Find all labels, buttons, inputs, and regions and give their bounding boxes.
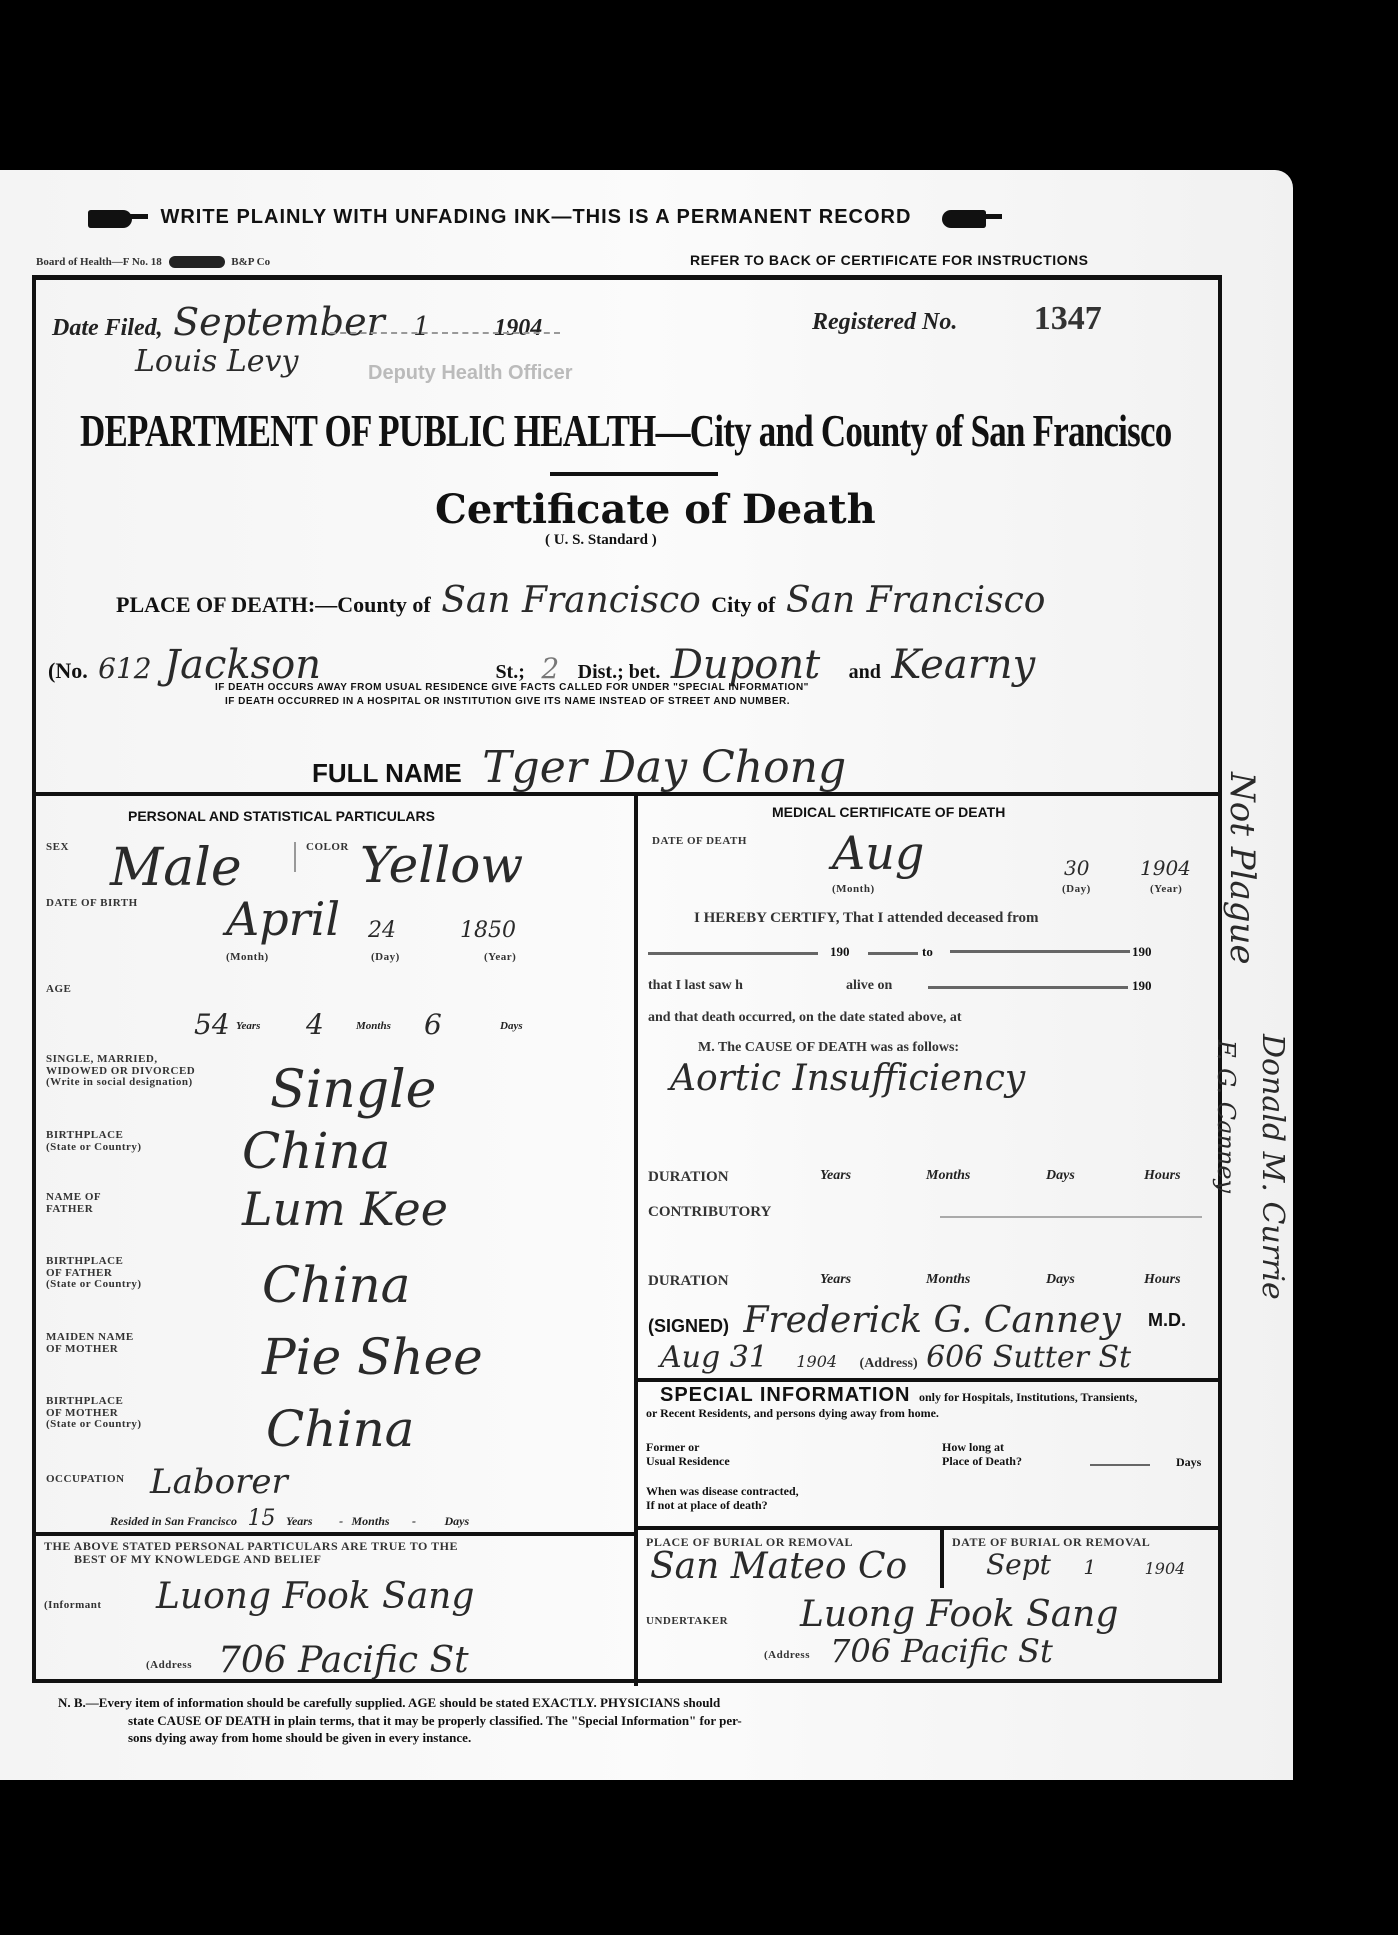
personal-bottom-divider [36, 1532, 634, 1536]
pointing-hand-icon [942, 210, 986, 228]
duration-hours: Hours [1144, 1168, 1181, 1184]
street-number: 612 [98, 652, 151, 685]
mother-label-line-1: MAIDEN NAME [46, 1331, 134, 1343]
age-months: 4 [306, 1008, 324, 1041]
between-street-2: Kearny [891, 642, 1035, 688]
mother-birthplace-value: China [266, 1400, 414, 1458]
registered-label: Registered No. [812, 309, 957, 335]
cause-text: M. The CAUSE OF DEATH was as follows: [698, 1040, 959, 1056]
duration-years-2: Years [820, 1272, 851, 1288]
registered-number: Registered No. 1347 [812, 300, 1102, 338]
color-value: Yellow [360, 836, 523, 894]
attestation: THE ABOVE STATED PERSONAL PARTICULARS AR… [44, 1540, 458, 1565]
dob-month: April [226, 892, 340, 946]
signature-date-row: Aug 31 1904 (Address) 606 Sutter St [660, 1340, 1131, 1375]
father-bp-line-1: BIRTHPLACE [46, 1255, 123, 1267]
dod-month: Aug [832, 826, 924, 880]
md-label: M.D. [1148, 1310, 1186, 1331]
father-bp-line-2: OF FATHER [46, 1267, 112, 1279]
number-label: (No. [48, 658, 88, 683]
burial-date: Sept 1 1904 [986, 1548, 1185, 1581]
resided-years: 15 [247, 1506, 275, 1531]
officer-title-stamp: Deputy Health Officer [368, 362, 572, 385]
attestation-line-2: BEST OF MY KNOWLEDGE AND BELIEF [74, 1552, 321, 1566]
duration-hours-2: Hours [1144, 1272, 1181, 1288]
printer-name: B&P Co [231, 256, 270, 268]
duration-days: Days [1046, 1168, 1075, 1184]
undertaker-value: Luong Fook Sang [800, 1594, 1118, 1635]
instructions-note: REFER TO BACK OF CERTIFICATE FOR INSTRUC… [690, 252, 1088, 268]
attestation-line-1: THE ABOVE STATED PERSONAL PARTICULARS AR… [44, 1539, 458, 1553]
and-label: and [849, 661, 881, 683]
former-label-line-2: Usual Residence [646, 1454, 730, 1468]
margin-note-officer: Donald M. Currie [1255, 1034, 1290, 1300]
duration-years: Years [820, 1168, 851, 1184]
mother-bp-line-2: OF MOTHER [46, 1407, 118, 1419]
former-residence-label: Former or Usual Residence [646, 1440, 730, 1469]
district-label: Dist.; bet. [578, 661, 661, 683]
alive-on-text: alive on [846, 978, 892, 994]
duration-months-2: Months [926, 1272, 970, 1288]
mother-bp-line-1: BIRTHPLACE [46, 1395, 123, 1407]
mother-name-label: MAIDEN NAME OF MOTHER [46, 1332, 134, 1355]
father-birthplace-value: China [262, 1256, 410, 1314]
from-190: 190 [830, 944, 850, 960]
footer-note-line-2: state CAUSE OF DEATH in plain terms, tha… [128, 1713, 742, 1728]
dod-year: 1904 [1140, 856, 1191, 880]
days-caption: Days [500, 1020, 523, 1032]
burial-date-month: Sept [986, 1548, 1051, 1581]
resided-days: - [412, 1514, 416, 1528]
informant-address-label: (Address [146, 1660, 192, 1672]
occupation-value: Laborer [150, 1462, 288, 1502]
burial-place-value: San Mateo Co [650, 1546, 907, 1587]
contracted-label: When was disease contracted, If not at p… [646, 1484, 799, 1513]
contracted-line-2: If not at place of death? [646, 1498, 768, 1512]
column-divider [634, 796, 638, 1686]
dob-day: 24 [368, 918, 396, 943]
margin-note-physician: F. G. Canney [1212, 1040, 1240, 1193]
contributory-line [940, 1216, 1202, 1218]
signed-date: Aug 31 [660, 1340, 768, 1375]
full-name-row: FULL NAME Tger Day Chong [312, 742, 846, 793]
date-filed-line [330, 332, 560, 334]
month-caption: (Month) [226, 952, 269, 964]
mother-label-line-2: OF MOTHER [46, 1343, 118, 1355]
special-bottom-divider [638, 1526, 1218, 1530]
street-label: St.; [495, 661, 524, 683]
mother-bp-line-3: (State or Country) [46, 1418, 142, 1430]
father-name-value: Lum Kee [242, 1182, 448, 1236]
father-bp-line-3: (State or Country) [46, 1278, 142, 1290]
personal-section-title: PERSONAL AND STATISTICAL PARTICULARS [128, 808, 435, 824]
how-long-line-1: How long at [942, 1440, 1004, 1454]
form-id: Board of Health—F No. 18 B&P Co [36, 256, 270, 268]
how-long-line [1090, 1464, 1150, 1466]
undertaker-address-label: (Address [764, 1650, 810, 1662]
age-years: 54 [194, 1008, 230, 1041]
duration-months: Months [926, 1168, 970, 1184]
duration-row-1: DURATION Years Months Days Hours [648, 1168, 1204, 1186]
marital-label-line-3: (Write in social designation) [46, 1076, 193, 1088]
mother-name-value: Pie Shee [262, 1328, 483, 1386]
date-filed-year: 1904 [494, 315, 542, 341]
date-filed-day: 1 [413, 312, 430, 342]
margin-note-not-plague: Not Plague [1222, 772, 1262, 965]
physician-signature: Frederick G. Canney [743, 1300, 1120, 1341]
how-long-line-2: Place of Death? [942, 1454, 1022, 1468]
date-filed-month: September [173, 300, 385, 344]
special-info-subtitle-1: only for Hospitals, Institutions, Transi… [919, 1390, 1137, 1404]
footer-note: N. B.—Every item of information should b… [58, 1694, 742, 1747]
marital-label-line-1: SINGLE, MARRIED, [46, 1053, 158, 1065]
occurred-text: and that death occurred, on the date sta… [648, 1010, 962, 1026]
title-divider [550, 472, 718, 476]
mother-birthplace-label: BIRTHPLACE OF MOTHER (State or Country) [46, 1396, 142, 1431]
father-label-line-2: FATHER [46, 1203, 93, 1215]
dod-day: 30 [1064, 856, 1089, 880]
alive-date-line [928, 986, 1128, 989]
place-note-2: IF DEATH OCCURRED IN A HOSPITAL OR INSTI… [225, 696, 790, 707]
marital-value: Single [270, 1060, 436, 1120]
special-info-heading: SPECIAL INFORMATION only for Hospitals, … [660, 1384, 1137, 1407]
place-note-1: IF DEATH OCCURS AWAY FROM USUAL RESIDENC… [215, 682, 809, 693]
marital-label: SINGLE, MARRIED, WIDOWED OR DIVORCED (Wr… [46, 1054, 195, 1089]
district-value: 2 [541, 652, 559, 685]
place-of-death: PLACE OF DEATH:—County of San Francisco … [116, 580, 1045, 621]
cause-value: Aortic Insufficiency [670, 1058, 1025, 1099]
informant-name: Luong Fook Sang [156, 1576, 474, 1617]
last-saw-text: that I last saw h [648, 978, 743, 994]
day-caption: (Day) [371, 952, 400, 964]
birthplace-label-line-1: BIRTHPLACE [46, 1129, 123, 1141]
department-title: DEPARTMENT OF PUBLIC HEALTH—City and Cou… [80, 404, 1171, 457]
section-divider [36, 792, 1218, 796]
duration-label: DURATION [648, 1169, 729, 1185]
sex-label: SEX [46, 842, 69, 854]
years-caption: Years [236, 1020, 260, 1032]
months-caption: Months [356, 1020, 391, 1032]
age-label: AGE [46, 984, 71, 996]
full-name-value: Tger Day Chong [482, 742, 846, 793]
medical-section-title: MEDICAL CERTIFICATE OF DEATH [772, 804, 1005, 820]
dob-year: 1850 [460, 918, 516, 943]
days-label: Days [1176, 1455, 1201, 1470]
former-label-line-1: Former or [646, 1440, 699, 1454]
special-info-subtitle-2: or Recent Residents, and persons dying a… [646, 1406, 939, 1421]
footer-note-line-3: sons dying away from home should be give… [128, 1730, 471, 1745]
date-filed: Date Filed, September 1 1904 [52, 300, 542, 344]
sex-color-divider [294, 842, 296, 872]
union-label-icon [169, 256, 225, 268]
dod-year-caption: (Year) [1150, 884, 1182, 896]
form-number: Board of Health—F No. 18 [36, 256, 162, 268]
father-name-label: NAME OF FATHER [46, 1192, 101, 1215]
father-birthplace-label: BIRTHPLACE OF FATHER (State or Country) [46, 1256, 142, 1291]
special-info-title: SPECIAL INFORMATION [660, 1384, 910, 1406]
standard-caption: ( U. S. Standard ) [545, 532, 657, 549]
resided-days-caption: Days [444, 1514, 469, 1528]
signature-row: (SIGNED) Frederick G. Canney M.D. [648, 1300, 1121, 1341]
father-label-line-1: NAME OF [46, 1191, 101, 1203]
city-label: City of [711, 592, 775, 617]
sex-value: Male [110, 838, 242, 898]
resided-label: Resided in San Francisco [110, 1514, 237, 1528]
burial-divider [940, 1530, 944, 1588]
marital-label-line-2: WIDOWED OR DIVORCED [46, 1065, 195, 1077]
birthplace-label-line-2: (State or Country) [46, 1141, 142, 1153]
banner-text: WRITE PLAINLY WITH UNFADING INK—THIS IS … [160, 206, 911, 228]
contributory-label: CONTRIBUTORY [648, 1204, 771, 1221]
contracted-line-1: When was disease contracted, [646, 1484, 799, 1498]
city-value: San Francisco [786, 580, 1046, 621]
to-label: to [922, 944, 933, 960]
place-of-death-label: PLACE OF DEATH:—County of [116, 592, 431, 617]
resided-years-caption: Years [286, 1514, 313, 1528]
to-190: 190 [1132, 944, 1152, 960]
undertaker-label: UNDERTAKER [646, 1616, 728, 1628]
birthplace-value: China [242, 1122, 390, 1180]
residence-duration: Resided in San Francisco 15 Years - Mont… [110, 1506, 469, 1531]
dod-month-caption: (Month) [832, 884, 875, 896]
dod-day-caption: (Day) [1062, 884, 1091, 896]
pointing-hand-icon [88, 210, 132, 228]
certificate-title: Certificate of Death [435, 486, 876, 533]
burial-date-year: 1904 [1145, 1559, 1186, 1578]
year-caption: (Year) [484, 952, 516, 964]
signed-label: (SIGNED) [648, 1316, 729, 1336]
undertaker-address: 706 Pacific St [830, 1632, 1053, 1670]
footer-note-line-1: N. B.—Every item of information should b… [58, 1695, 720, 1710]
burial-date-label: DATE of BURIAL or REMOVAL [952, 1536, 1150, 1549]
full-name-label: FULL NAME [312, 758, 462, 788]
informant-address: 706 Pacific St [218, 1640, 469, 1681]
duration-days-2: Days [1046, 1272, 1075, 1288]
physician-address: 606 Sutter St [926, 1340, 1131, 1375]
date-filed-label: Date Filed, [52, 315, 163, 341]
occupation-label: OCCUPATION [46, 1474, 125, 1486]
signed-year: 1904 [796, 1352, 837, 1371]
county-value: San Francisco [441, 580, 701, 621]
dod-label: DATE OF DEATH [652, 836, 747, 848]
to-date-line [950, 950, 1130, 953]
registered-value: 1347 [1034, 300, 1102, 337]
duration-label-2: DURATION [648, 1273, 729, 1289]
informant-label: (Informant [44, 1600, 102, 1612]
from-date-line [648, 952, 818, 955]
physician-address-label: (Address) [860, 1356, 918, 1371]
dob-label: DATE OF BIRTH [46, 898, 138, 910]
certify-text: I HEREBY CERTIFY, That I attended deceas… [694, 910, 1039, 927]
color-label: COLOR [306, 842, 349, 854]
duration-row-2: DURATION Years Months Days Hours [648, 1272, 1204, 1290]
banner: WRITE PLAINLY WITH UNFADING INK—THIS IS … [88, 206, 986, 229]
burial-date-day: 1 [1083, 1555, 1096, 1579]
officer-signature: Louis Levy [135, 344, 298, 379]
from-to-line [868, 952, 918, 955]
resided-months-caption: Months [352, 1514, 390, 1528]
birthplace-label: BIRTHPLACE (State or Country) [46, 1130, 142, 1153]
medical-bottom-divider [638, 1378, 1218, 1382]
alive-190: 190 [1132, 978, 1152, 994]
age-days: 6 [424, 1008, 442, 1041]
how-long-label: How long at Place of Death? [942, 1440, 1022, 1469]
resided-months: - [339, 1514, 343, 1528]
